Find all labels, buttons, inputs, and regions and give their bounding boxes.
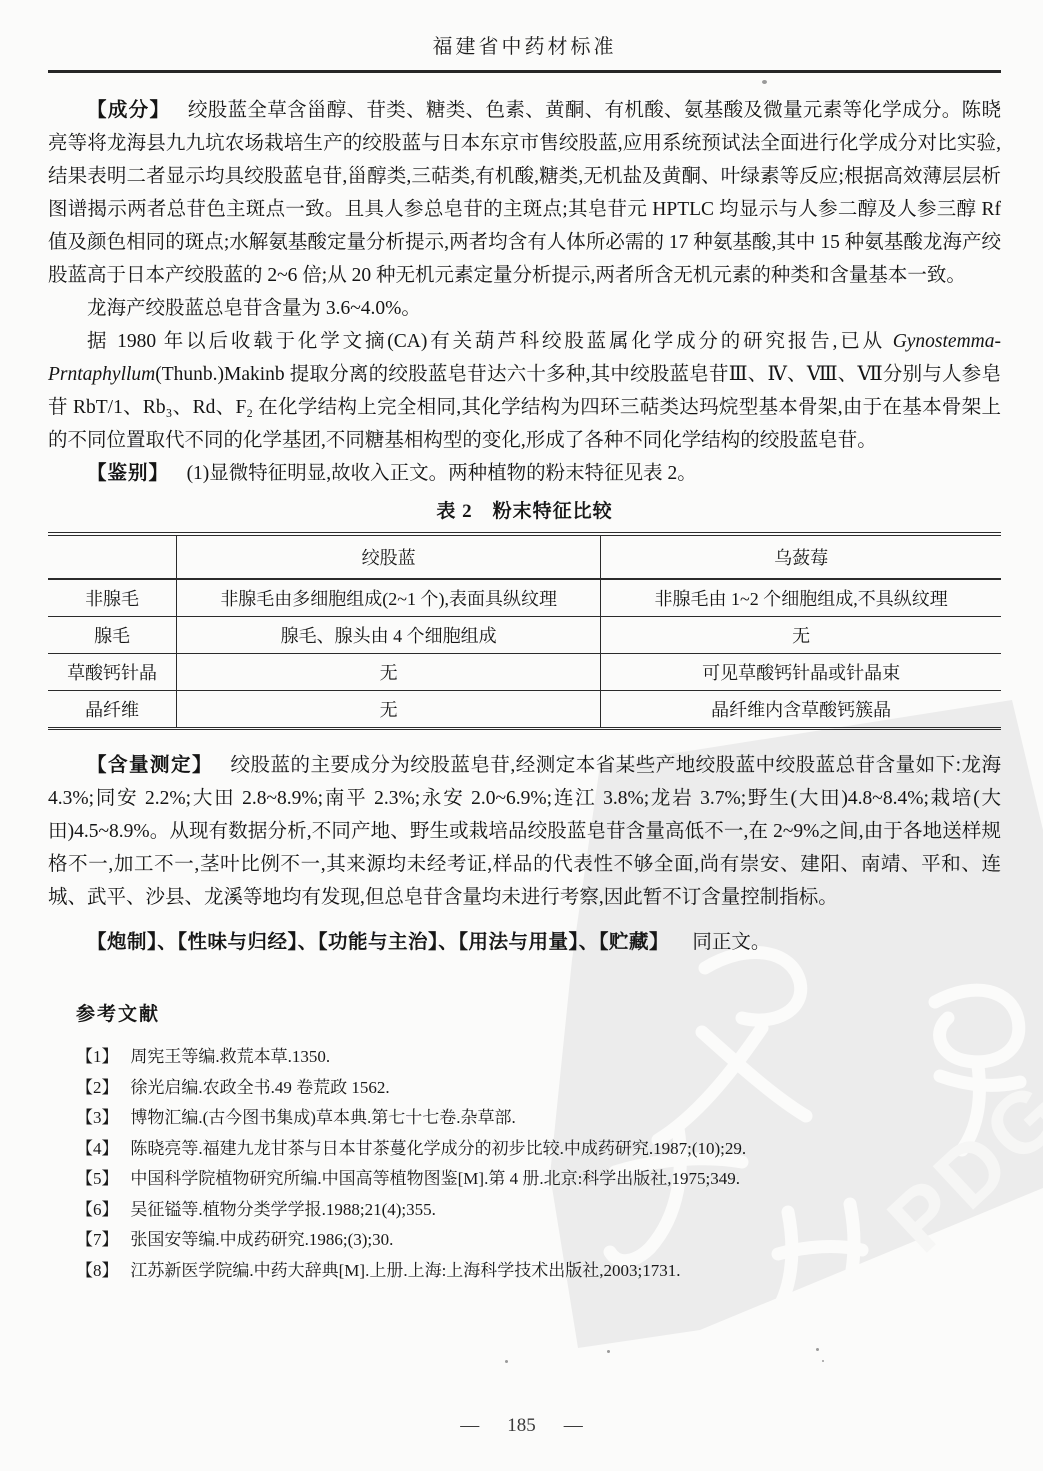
table-row: 草酸钙针晶 无 可见草酸钙针晶或针晶束 bbox=[48, 654, 1001, 691]
reference-marker: 【1】 bbox=[76, 1047, 119, 1066]
paragraph-hanliang: 【含量测定】绞股蓝的主要成分为绞股蓝皂苷,经测定本省某些产地绞股蓝中绞股蓝总苷含… bbox=[48, 749, 1001, 914]
section-text-chengfen: 绞股蓝全草含甾醇、苷类、糖类、色素、黄酮、有机酸、氨基酸及微量元素等化学成分。陈… bbox=[48, 100, 1001, 286]
section-label-chengfen: 【成分】 bbox=[87, 100, 170, 121]
document-page: PDG 福建省中药材标准 【成分】绞股蓝全草含甾醇、苷类、糖类、色素、黄酮、有机… bbox=[0, 0, 1043, 1471]
reference-text: 中国科学院植物研究所编.中国高等植物图鉴[M].第 4 册.北京:科学出版社,1… bbox=[130, 1169, 740, 1188]
row-label: 非腺毛 bbox=[48, 579, 177, 617]
cell-jiaogulan: 非腺毛由多细胞组成(2~1 个),表面具纵纹理 bbox=[177, 579, 601, 617]
reference-item: 【4】陈晓亮等.福建九龙甘茶与日本甘茶蔓化学成分的初步比较.中成药研究.1987… bbox=[76, 1134, 1001, 1165]
scan-speck bbox=[816, 1348, 819, 1351]
row-label: 晶纤维 bbox=[48, 691, 177, 729]
table-caption: 表 2 粉末特征比较 bbox=[48, 496, 1001, 523]
reference-text: 江苏新医学院编.中药大辞典[M].上册.上海:上海科学技术出版社,2003;17… bbox=[130, 1261, 680, 1280]
reference-item: 【6】吴征镒等.植物分类学学报.1988;21(4);355. bbox=[76, 1195, 1001, 1226]
reference-marker: 【3】 bbox=[76, 1108, 119, 1127]
scan-speck bbox=[505, 1360, 508, 1363]
table-row: 晶纤维 无 晶纤维内含草酸钙簇晶 bbox=[48, 691, 1001, 729]
section-label-jianbie: 【鉴别】 bbox=[87, 463, 169, 484]
paragraph-chengfen: 【成分】绞股蓝全草含甾醇、苷类、糖类、色素、黄酮、有机酸、氨基酸及微量元素等化学… bbox=[48, 94, 1001, 292]
footer-right-dash: — bbox=[564, 1415, 583, 1437]
header-rule bbox=[48, 70, 1001, 73]
table-header-wulianmei: 乌蔹莓 bbox=[601, 534, 1001, 579]
reference-item: 【7】张国安等编.中成药研究.1986;(3);30. bbox=[76, 1225, 1001, 1256]
reference-item: 【8】江苏新医学院编.中药大辞典[M].上册.上海:上海科学技术出版社,2003… bbox=[76, 1256, 1001, 1287]
reference-item: 【1】周宪王等编.救荒本草.1350. bbox=[76, 1042, 1001, 1073]
reference-text: 博物汇编.(古今图书集成)草本典.第七十七卷.杂草部. bbox=[130, 1108, 515, 1127]
reference-text: 吴征镒等.植物分类学学报.1988;21(4);355. bbox=[130, 1200, 436, 1219]
paragraph-longhai: 龙海产绞股蓝总皂苷含量为 3.6~4.0%。 bbox=[48, 292, 1001, 325]
row-label: 腺毛 bbox=[48, 617, 177, 654]
section-label-hanliang: 【含量测定】 bbox=[87, 755, 213, 776]
paragraph-other-items: 【炮制】、【性味与归经】、【功能与主治】、【用法与用量】、【贮藏】同正文。 bbox=[48, 926, 1001, 959]
table-row: 腺毛 腺毛、腺头由 4 个细胞组成 无 bbox=[48, 617, 1001, 654]
ju1980-text-part1: 据 1980 年以后收载于化学文摘(CA)有关葫芦科绞股蓝属化学成分的研究报告,… bbox=[87, 331, 893, 352]
reference-text: 陈晓亮等.福建九龙甘茶与日本甘茶蔓化学成分的初步比较.中成药研究.1987;(1… bbox=[130, 1139, 746, 1158]
reference-text: 周宪王等编.救荒本草.1350. bbox=[130, 1047, 330, 1066]
references-list: 【1】周宪王等编.救荒本草.1350. 【2】徐光启编.农政全书.49 卷荒政 … bbox=[76, 1042, 1001, 1286]
row-label: 草酸钙针晶 bbox=[48, 654, 177, 691]
paragraph-jianbie: 【鉴别】(1)显微特征明显,故收入正文。两种植物的粉末特征见表 2。 bbox=[48, 457, 1001, 490]
table-row: 非腺毛 非腺毛由多细胞组成(2~1 个),表面具纵纹理 非腺毛由 1~2 个细胞… bbox=[48, 579, 1001, 617]
document-body-lower: 【含量测定】绞股蓝的主要成分为绞股蓝皂苷,经测定本省某些产地绞股蓝中绞股蓝总苷含… bbox=[48, 749, 1001, 914]
reference-item: 【3】博物汇编.(古今图书集成)草本典.第七十七卷.杂草部. bbox=[76, 1103, 1001, 1134]
reference-marker: 【6】 bbox=[76, 1200, 119, 1219]
document-body: 【成分】绞股蓝全草含甾醇、苷类、糖类、色素、黄酮、有机酸、氨基酸及微量元素等化学… bbox=[48, 94, 1001, 490]
reference-marker: 【7】 bbox=[76, 1230, 119, 1249]
table-header-row: 绞股蓝 乌蔹莓 bbox=[48, 534, 1001, 579]
page-footer: — 185 — bbox=[0, 1415, 1043, 1437]
section-text-jianbie: (1)显微特征明显,故收入正文。两种植物的粉末特征见表 2。 bbox=[187, 463, 697, 484]
reference-text: 徐光启编.农政全书.49 卷荒政 1562. bbox=[130, 1078, 389, 1097]
table-header-blank bbox=[48, 534, 177, 579]
powder-comparison-table: 绞股蓝 乌蔹莓 非腺毛 非腺毛由多细胞组成(2~1 个),表面具纵纹理 非腺毛由… bbox=[48, 532, 1001, 730]
footer-page-number: 185 bbox=[507, 1415, 536, 1437]
reference-marker: 【5】 bbox=[76, 1169, 119, 1188]
scan-speck bbox=[607, 1350, 610, 1353]
cell-wulianmei: 可见草酸钙针晶或针晶束 bbox=[601, 654, 1001, 691]
reference-marker: 【2】 bbox=[76, 1078, 119, 1097]
section-text-hanliang: 绞股蓝的主要成分为绞股蓝皂苷,经测定本省某些产地绞股蓝中绞股蓝总苷含量如下:龙海… bbox=[48, 755, 1001, 908]
longhai-content-text: 龙海产绞股蓝总皂苷含量为 3.6~4.0%。 bbox=[87, 298, 421, 319]
footer-left-dash: — bbox=[460, 1415, 479, 1437]
other-items-labels: 【炮制】、【性味与归经】、【功能与主治】、【用法与用量】、【贮藏】 bbox=[87, 932, 669, 953]
paragraph-ju1980: 据 1980 年以后收载于化学文摘(CA)有关葫芦科绞股蓝属化学成分的研究报告,… bbox=[48, 325, 1001, 457]
table-header-jiaogulan: 绞股蓝 bbox=[177, 534, 601, 579]
reference-item: 【2】徐光启编.农政全书.49 卷荒政 1562. bbox=[76, 1073, 1001, 1104]
reference-marker: 【8】 bbox=[76, 1261, 119, 1280]
page-header-title: 福建省中药材标准 bbox=[48, 30, 1001, 59]
cell-wulianmei: 晶纤维内含草酸钙簇晶 bbox=[601, 691, 1001, 729]
reference-marker: 【4】 bbox=[76, 1139, 119, 1158]
ju1980-text-part2: (Thunb.)Makinb 提取分离的绞股蓝皂苷达六十多种,其中绞股蓝皂苷Ⅲ、… bbox=[48, 364, 1001, 451]
scan-speck bbox=[822, 1360, 824, 1362]
cell-jiaogulan: 腺毛、腺头由 4 个细胞组成 bbox=[177, 617, 601, 654]
reference-item: 【5】中国科学院植物研究所编.中国高等植物图鉴[M].第 4 册.北京:科学出版… bbox=[76, 1164, 1001, 1195]
other-items-note: 同正文。 bbox=[692, 932, 770, 953]
cell-wulianmei: 无 bbox=[601, 617, 1001, 654]
cell-jiaogulan: 无 bbox=[177, 691, 601, 729]
reference-text: 张国安等编.中成药研究.1986;(3);30. bbox=[130, 1230, 393, 1249]
cell-jiaogulan: 无 bbox=[177, 654, 601, 691]
cell-wulianmei: 非腺毛由 1~2 个细胞组成,不具纵纹理 bbox=[601, 579, 1001, 617]
references-heading: 参考文献 bbox=[76, 999, 1001, 1026]
